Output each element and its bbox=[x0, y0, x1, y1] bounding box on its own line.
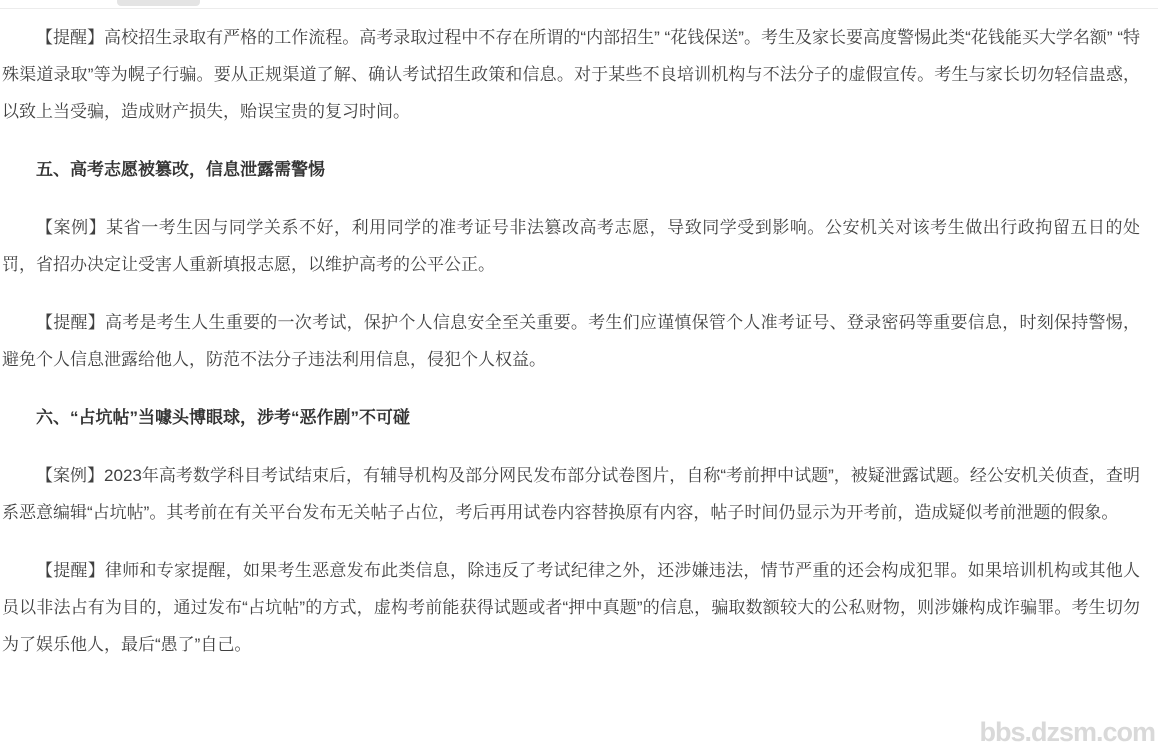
watermark: bbs.dzsm.com bbox=[979, 719, 1155, 746]
paragraph-reminder-recruitment: 【提醒】高校招生录取有严格的工作流程。高考录取过程中不存在所谓的“内部招生” “… bbox=[2, 19, 1140, 130]
paragraph-reminder-6: 【提醒】律师和专家提醒，如果考生恶意发布此类信息，除违反了考试纪律之外，还涉嫌违… bbox=[2, 552, 1140, 663]
tab-fragment bbox=[117, 0, 200, 6]
article-body: 【提醒】高校招生录取有严格的工作流程。高考录取过程中不存在所谓的“内部招生” “… bbox=[0, 9, 1158, 684]
section-heading-6: 六、“占坑帖”当噱头博眼球，涉考“恶作剧”不可碰 bbox=[2, 399, 1140, 436]
paragraph-reminder-5: 【提醒】高考是考生人生重要的一次考试，保护个人信息安全至关重要。考生们应谨慎保管… bbox=[2, 304, 1140, 378]
section-heading-5: 五、高考志愿被篡改，信息泄露需警惕 bbox=[2, 151, 1140, 188]
paragraph-case-5: 【案例】某省一考生因与同学关系不好，利用同学的准考证号非法篡改高考志愿，导致同学… bbox=[2, 209, 1140, 283]
paragraph-case-6: 【案例】2023年高考数学科目考试结束后，有辅导机构及部分网民发布部分试卷图片，… bbox=[2, 457, 1140, 531]
